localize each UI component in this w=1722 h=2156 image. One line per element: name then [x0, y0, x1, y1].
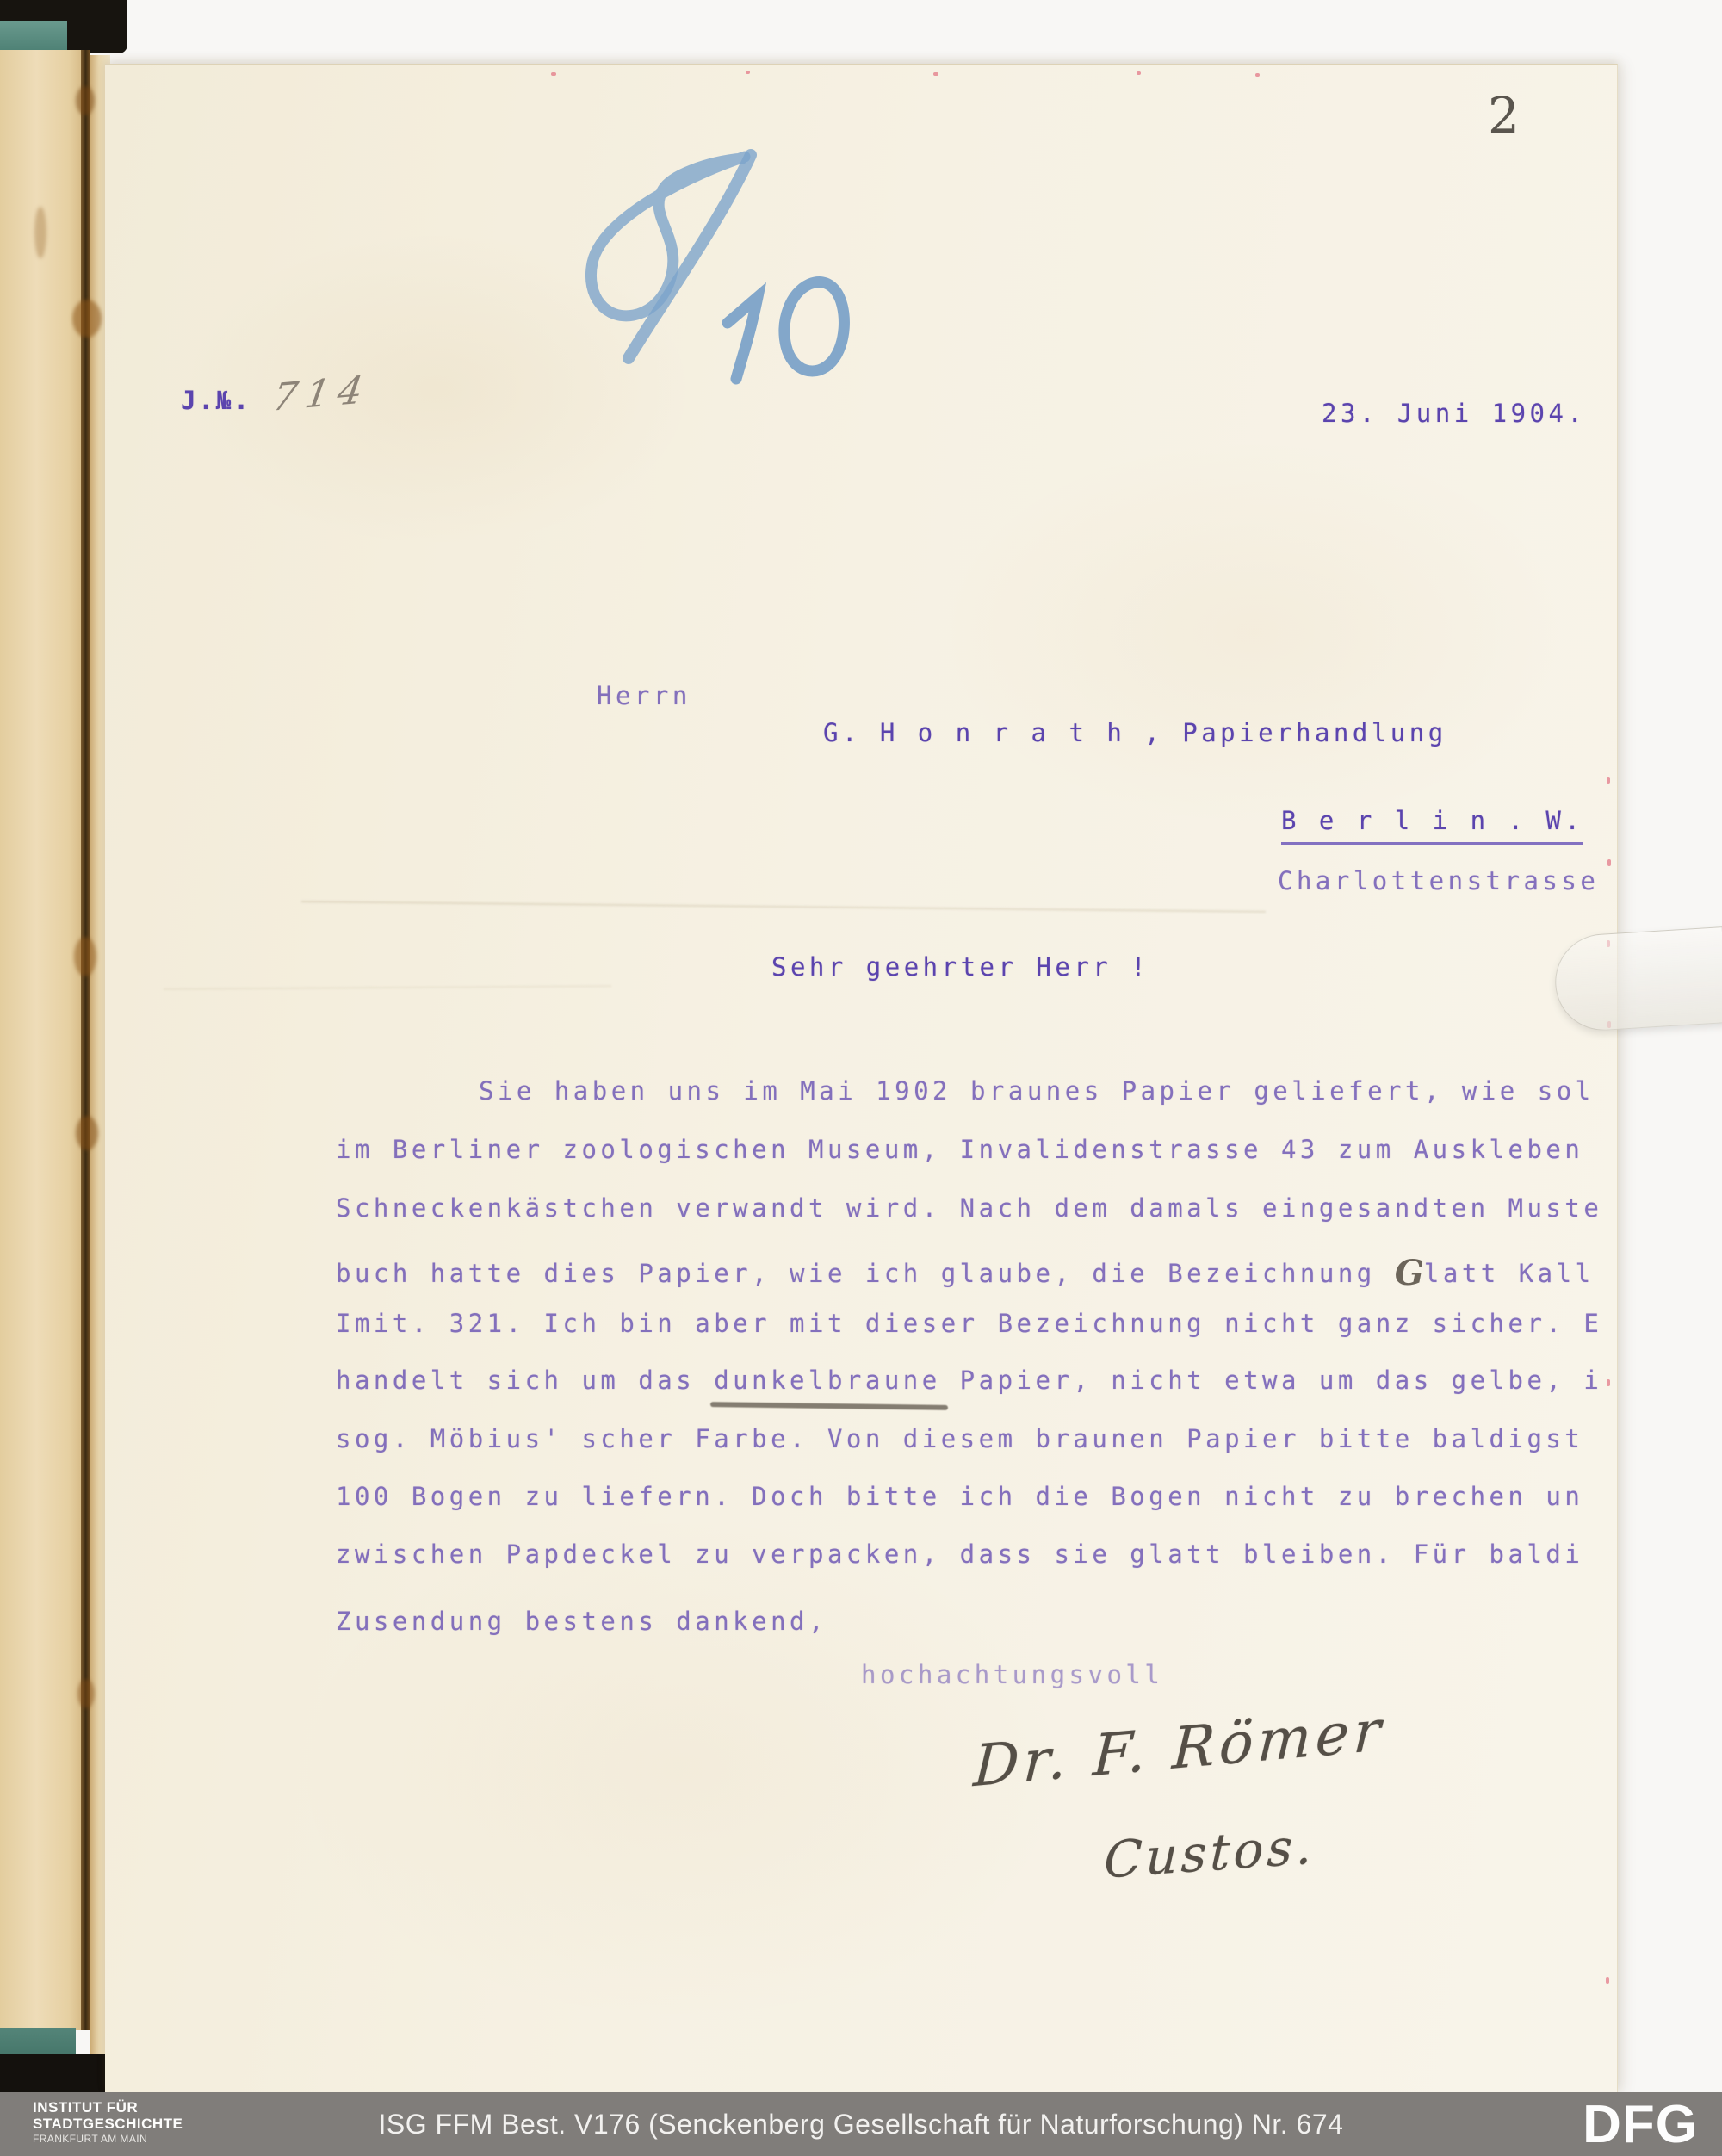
- foxing-stain: [77, 1679, 95, 1708]
- body-line-7: sog. Möbius' scher Farbe. Von diesem bra…: [336, 1424, 1583, 1453]
- stacked-page-edges: [0, 50, 81, 2030]
- recipient-salutation: Herrn: [597, 681, 691, 710]
- binding-gutter: [81, 50, 90, 2030]
- foxing-stain: [72, 300, 102, 338]
- body-line-2: im Berliner zoologischen Museum, Invalid…: [336, 1135, 1583, 1164]
- body-line-6: handelt sich um das dunkelbraune Papier,…: [336, 1366, 1602, 1395]
- closing-formula: hochachtungsvoll: [861, 1660, 1163, 1689]
- dfg-logo: DFG: [1583, 2094, 1698, 2155]
- book-cloth-top-left: [0, 21, 67, 50]
- body-line-9: zwischen Papdeckel zu verpacken, dass si…: [336, 1540, 1583, 1569]
- letter-salutation: Sehr geehrter Herr !: [771, 952, 1149, 982]
- body-line-4-text: buch hatte dies Papier, wie ich glaube, …: [336, 1259, 1395, 1288]
- archival-scan: 2 J.№. 714 23. Juni 1904. Herrn G. H o n…: [0, 0, 1722, 2156]
- body-line-6-text: handelt sich um das: [336, 1366, 714, 1395]
- page-holder-tab: [1552, 926, 1722, 1033]
- body-line-3: Schneckenkästchen verwandt wird. Nach de…: [336, 1193, 1602, 1223]
- pencil-correction-g: G: [1395, 1253, 1424, 1293]
- archive-reference: ISG FFM Best. V176 (Senckenberg Gesellsc…: [0, 2092, 1722, 2156]
- body-line-6-cont: Papier, nicht etwa um das gelbe, i: [941, 1366, 1603, 1395]
- recipient-city-text: B e r l i n . W.: [1281, 806, 1583, 845]
- blue-crayon-mark: [551, 121, 913, 413]
- body-line-1: Sie haben uns im Mai 1902 braunes Papier…: [479, 1076, 1595, 1106]
- foxing-stain: [74, 937, 96, 976]
- book-cover-bottom-left: [0, 2054, 110, 2092]
- page-number-stamp: 2: [1488, 86, 1520, 145]
- body-line-4-cont: latt Kall: [1424, 1259, 1595, 1288]
- body-line-4: buch hatte dies Papier, wie ich glaube, …: [336, 1250, 1595, 1291]
- body-line-5: Imit. 321. Ich bin aber mit dieser Bezei…: [336, 1309, 1602, 1338]
- foxing-stain: [76, 1116, 98, 1150]
- recipient-name: G. H o n r a t h , Papierhandlung: [823, 718, 1447, 747]
- letter-date: 23. Juni 1904.: [1322, 399, 1586, 428]
- body-line-8: 100 Bogen zu liefern. Doch bitte ich die…: [336, 1482, 1583, 1511]
- body-line-10: Zusendung bestens dankend,: [336, 1607, 827, 1636]
- foxing-stain: [76, 86, 95, 115]
- recipient-street: Charlottenstrasse: [1278, 866, 1599, 895]
- recipient-city: B e r l i n . W.: [1281, 806, 1583, 835]
- footer-bar: INSTITUT FÜR STADTGESCHICHTE FRANKFURT A…: [0, 2092, 1722, 2156]
- underlined-word-dunkelbraune: dunkelbraune: [714, 1366, 941, 1395]
- journal-number-label: J.№.: [181, 386, 251, 415]
- foxing-stain: [34, 207, 46, 258]
- journal-number-handwritten: 714: [269, 368, 374, 419]
